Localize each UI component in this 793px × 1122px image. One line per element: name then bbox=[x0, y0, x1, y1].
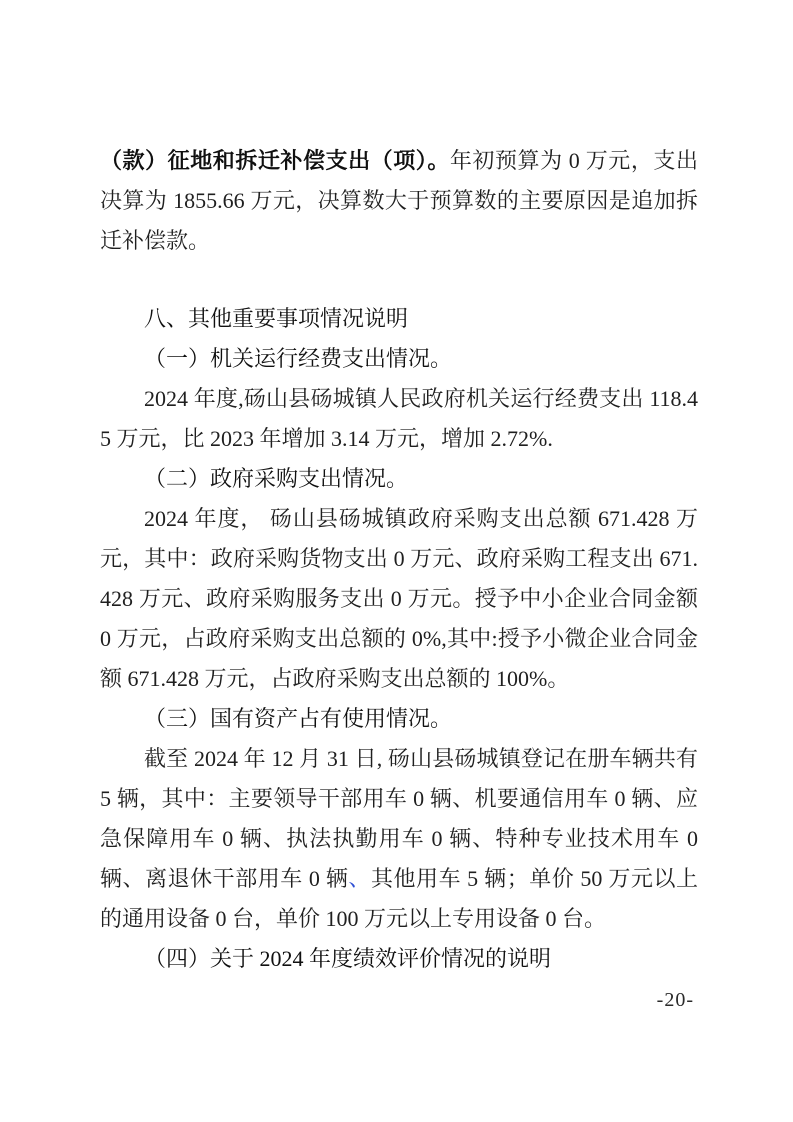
paragraph-item-one-agency-operating-expense: 2024 年度,砀山县砀城镇人民政府机关运行经费支出 118.45 万元，比 2… bbox=[100, 379, 698, 459]
document-content: （款）征地和拆迁补偿支出（项）。年初预算为 0 万元，支出决算为 1855.66… bbox=[100, 141, 698, 979]
paragraph-land-compensation-bold-lead: （款）征地和拆迁补偿支出（项）。 bbox=[100, 148, 450, 173]
paragraph-land-compensation: （款）征地和拆迁补偿支出（项）。年初预算为 0 万元，支出决算为 1855.66… bbox=[100, 141, 698, 261]
paragraph-item-three-state-owned-assets: 截至 2024 年 12 月 31 日, 砀山县砀城镇登记在册车辆共有 5 辆，… bbox=[100, 739, 698, 939]
heading-item-four-performance-evaluation: （四）关于 2024 年度绩效评价情况的说明 bbox=[100, 939, 698, 979]
page-number: -20- bbox=[657, 988, 694, 1012]
document-page: （款）征地和拆迁补偿支出（项）。年初预算为 0 万元，支出决算为 1855.66… bbox=[0, 0, 793, 1122]
heading-item-two-government-procurement: （二）政府采购支出情况。 bbox=[100, 459, 698, 499]
paragraph-item-three-blue-punctuation: 、 bbox=[348, 866, 371, 891]
heading-item-three-state-owned-assets: （三）国有资产占有使用情况。 bbox=[100, 699, 698, 739]
heading-item-one-agency-operating-expense: （一）机关运行经费支出情况。 bbox=[100, 339, 698, 379]
heading-section-eight: 八、其他重要事项情况说明 bbox=[100, 299, 698, 339]
paragraph-item-two-government-procurement: 2024 年度， 砀山县砀城镇政府采购支出总额 671.428 万元，其中：政府… bbox=[100, 499, 698, 699]
